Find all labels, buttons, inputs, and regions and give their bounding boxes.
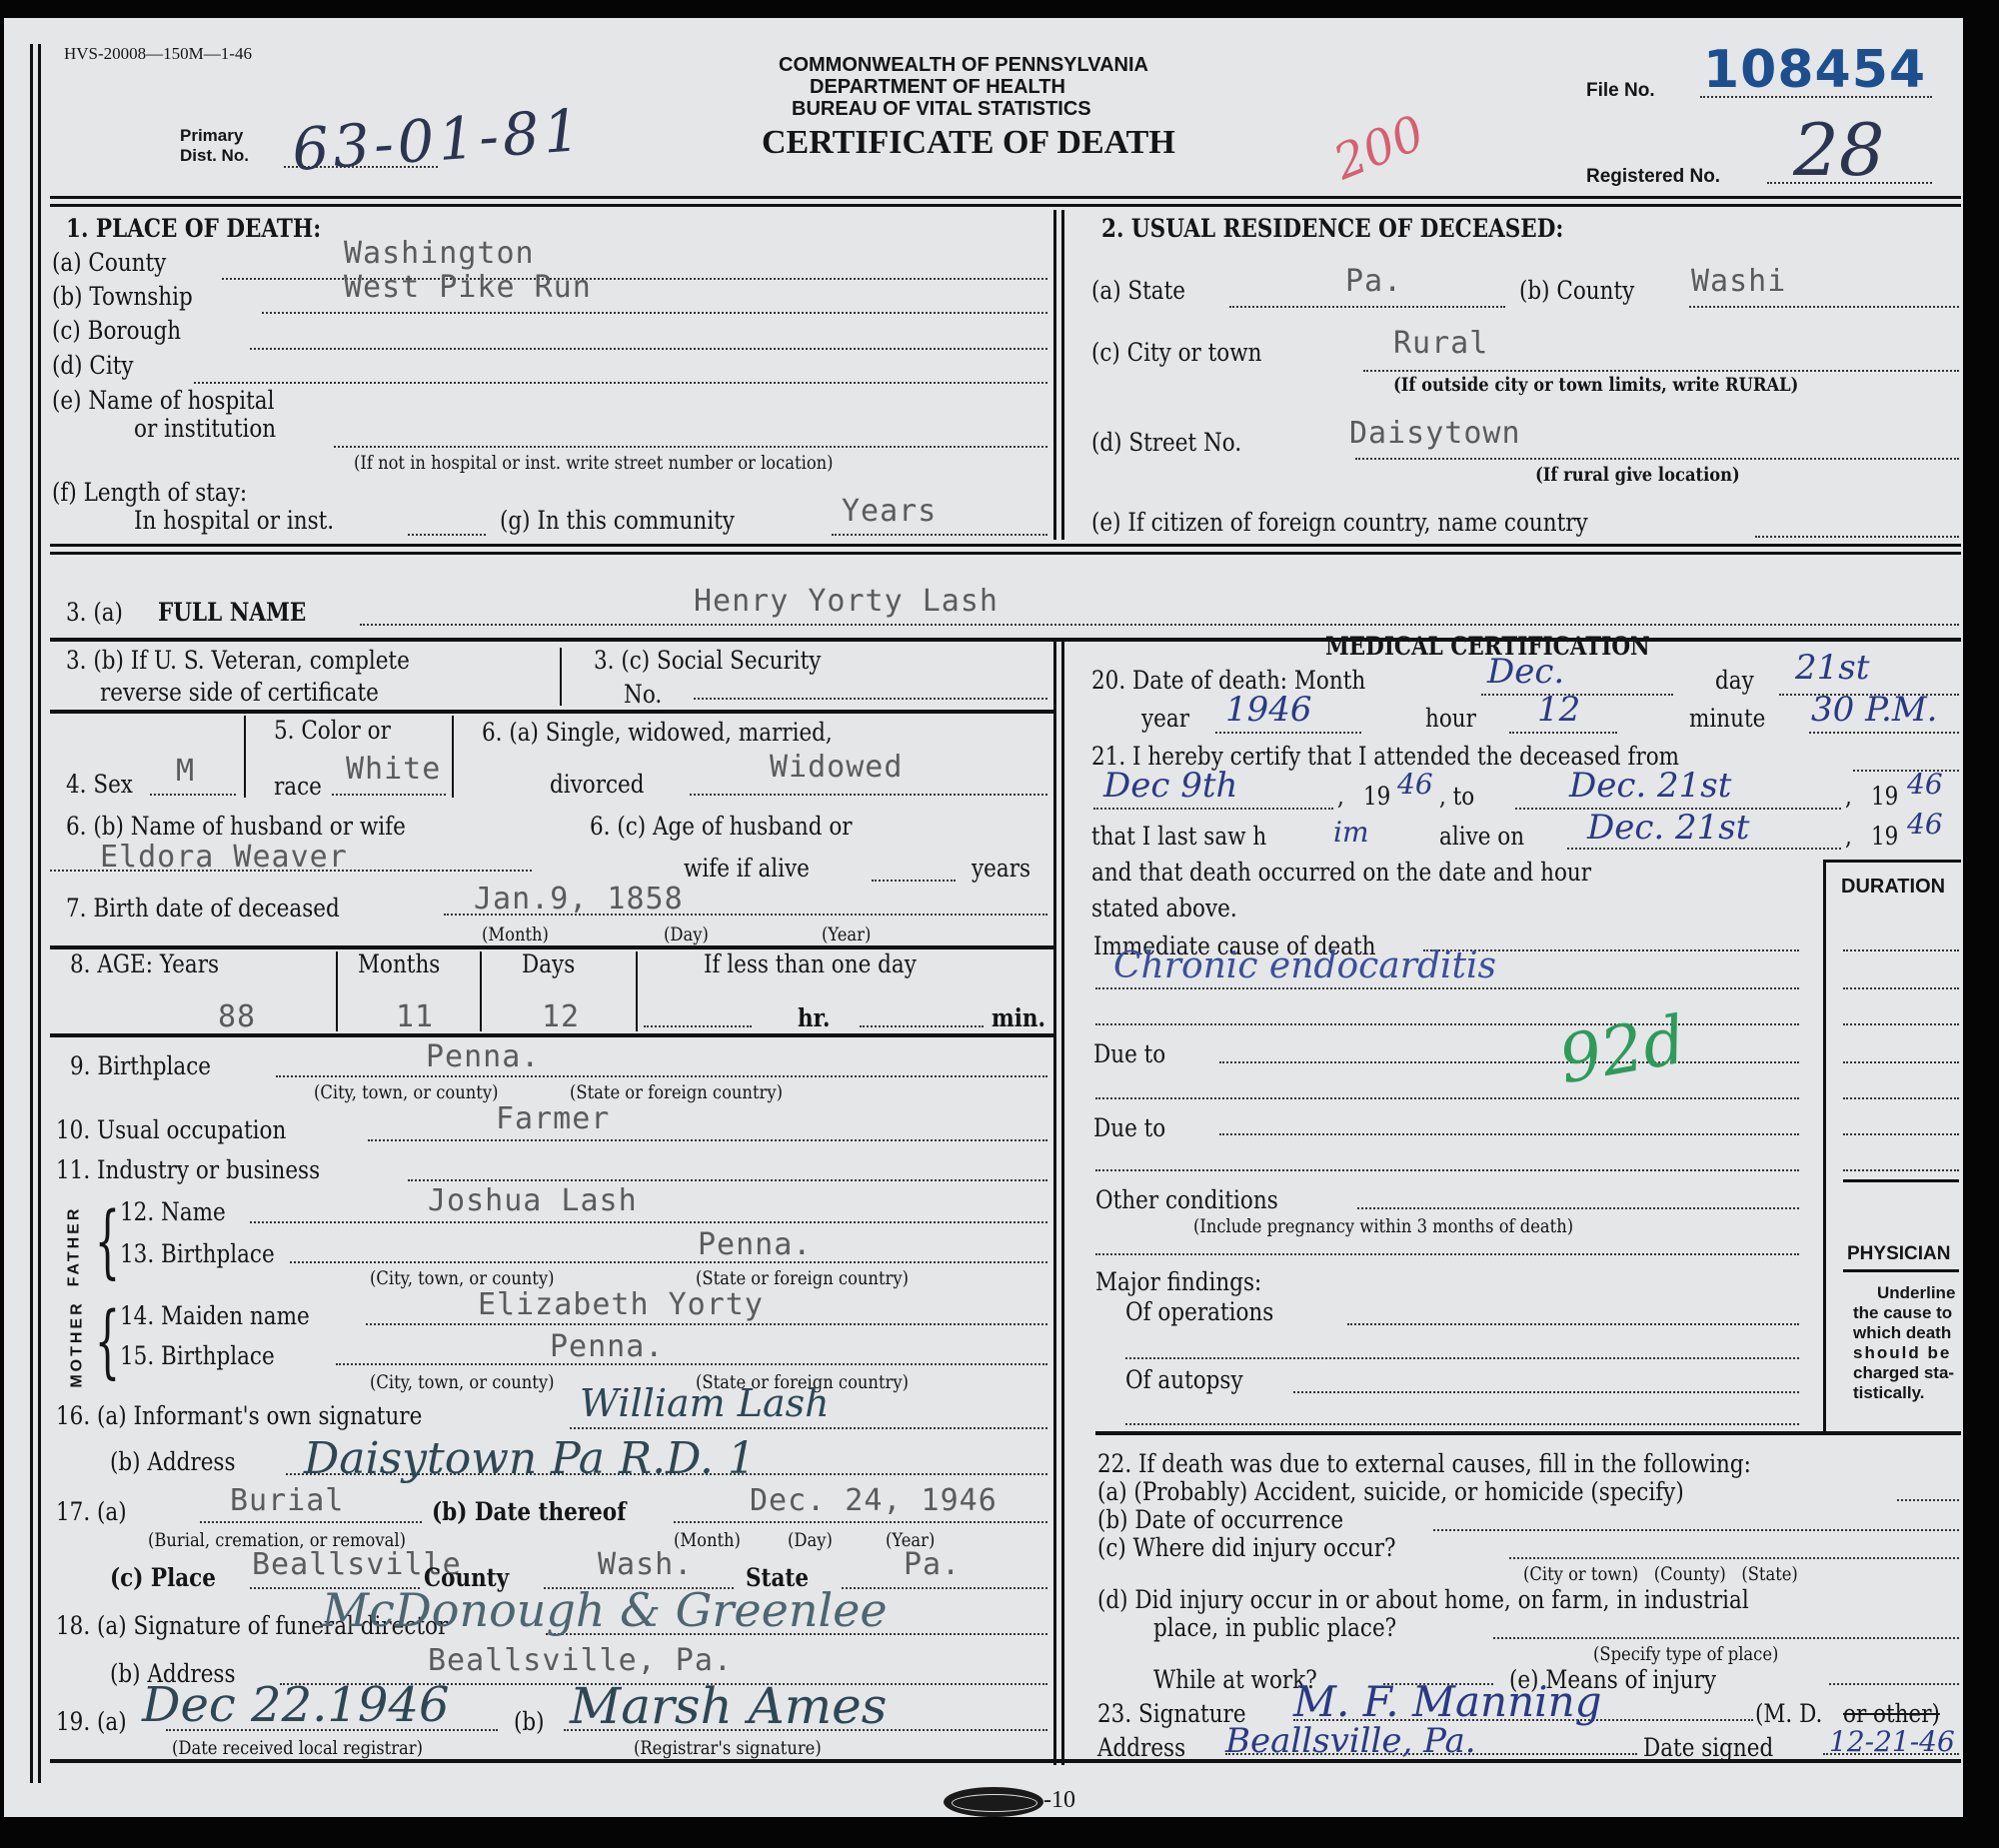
borough-line [250, 348, 1047, 350]
birth-note-year: (Year) [822, 924, 871, 945]
death-day-value: 21st [1795, 648, 1869, 688]
rule-after-place-2 [50, 552, 1961, 555]
director-value: McDonough & Greenlee [322, 1583, 888, 1637]
age-div-3 [636, 951, 638, 1031]
age-min-line [860, 1025, 984, 1027]
immediate-cause-value: Chronic endocarditis [1113, 945, 1496, 986]
section-divider-2 [1061, 210, 1064, 540]
external-e-line [1829, 1683, 1959, 1685]
burial-county-value: Wash. [598, 1547, 693, 1582]
attended-from-line [1093, 808, 1333, 810]
physician-note-1: Underline [1877, 1283, 1955, 1303]
header-rule-2 [50, 204, 1961, 207]
red-mark: 200 [1326, 105, 1432, 191]
father-name-line [250, 1221, 1047, 1223]
color-label-2: race [274, 772, 322, 801]
operations-label: Of operations [1125, 1297, 1273, 1326]
death-hour-label: hour [1425, 704, 1476, 733]
full-name-value: Henry Yorty Lash [694, 584, 999, 619]
external-b-label: (b) Date of occurrence [1097, 1505, 1343, 1534]
frame-left-outer [30, 44, 33, 1783]
duration-box-top [1823, 860, 1961, 863]
autopsy-label: Of autopsy [1125, 1365, 1243, 1394]
mother-maiden-line [366, 1323, 1047, 1325]
age-div-2 [480, 951, 482, 1031]
color-label-1: 5. Color or [274, 716, 391, 745]
physician-signature-value: M. F. Manning [1293, 1677, 1602, 1726]
birthplace-note-state: (State or foreign country) [570, 1081, 783, 1103]
immediate-line-3 [1095, 1023, 1799, 1025]
green-code: 92d [1553, 1001, 1691, 1099]
last-saw-prefix: 19 [1871, 822, 1898, 851]
mother-birthplace-value: Penna. [550, 1329, 664, 1364]
hospital-note: (If not in hospital or inst. write stree… [354, 452, 834, 474]
father-name-label: 12. Name [120, 1197, 226, 1226]
race-line [332, 794, 446, 796]
res-street-note: (If rural give location) [1535, 464, 1740, 486]
sex-line [150, 794, 236, 796]
other-conditions-line [1357, 1207, 1799, 1209]
death-year-line [1215, 732, 1361, 734]
due-to-line-2 [1219, 1133, 1799, 1135]
external-d-note: (Specify type of place) [1593, 1643, 1778, 1665]
burial-method-line [200, 1521, 422, 1523]
sex-value: M [176, 754, 195, 789]
full-name-line [360, 624, 1959, 626]
informant-signature-value: William Lash [580, 1381, 830, 1425]
agency-line-1: COMMONWEALTH OF PENNSYLVANIA [779, 54, 1148, 77]
md-label: (M. D. [1755, 1699, 1822, 1728]
external-c-note: (City or town) (County) (State) [1523, 1563, 1798, 1585]
main-divider-1 [1053, 642, 1056, 1765]
registrar-note-sig: (Registrar's signature) [634, 1737, 822, 1759]
hospital-label-1: (e) Name of hospital [52, 386, 274, 415]
occurred-line-1: and that death occurred on the date and … [1091, 858, 1591, 887]
death-hour-line [1509, 732, 1617, 734]
registered-no-value: 28 [1793, 108, 1885, 192]
death-minute-value: 30 P.M. [1811, 690, 1938, 730]
form-code: HVS-20008—150M—1-46 [64, 44, 252, 64]
alive-on-label: alive on [1439, 822, 1524, 851]
spouse-age-label-2: wife if alive [684, 854, 810, 883]
burial-date-line [674, 1521, 1047, 1523]
veteran-label-1: 3. (b) If U. S. Veteran, complete [66, 646, 410, 675]
burial-method-value: Burial [230, 1483, 344, 1518]
main-divider-2 [1061, 642, 1064, 1765]
informant-address-value: Daisytown Pa R.D. 1 [304, 1433, 756, 1484]
occupation-line [368, 1139, 1047, 1141]
physician-note-6: tistically. [1853, 1383, 1925, 1403]
ssn-label-1: 3. (c) Social Security [594, 646, 821, 675]
city-label: (d) City [52, 351, 133, 380]
veteran-divider [560, 648, 562, 706]
death-year-value: 1946 [1225, 690, 1312, 730]
res-county-label: (b) County [1519, 276, 1634, 305]
registrar-sig-value: Marsh Ames [570, 1677, 887, 1735]
death-month-value: Dec. [1487, 652, 1564, 692]
registrar-label-b: (b) [514, 1707, 545, 1736]
rule-after-veteran [50, 710, 1053, 714]
city-line [194, 382, 1047, 384]
external-b-line [1433, 1529, 1959, 1531]
father-side-label: FATHER [65, 1206, 83, 1287]
age-months-value: 11 [396, 999, 434, 1034]
burial-state-value: Pa. [904, 1547, 961, 1582]
father-note-city: (City, town, or county) [370, 1267, 554, 1289]
industry-line [408, 1179, 1047, 1181]
res-street-value: Daisytown [1349, 416, 1521, 451]
external-d-label-2: place, in public place? [1153, 1613, 1396, 1642]
birth-label: 7. Birth date of deceased [66, 894, 340, 923]
county-label: (a) County [52, 248, 166, 277]
death-hour-value: 12 [1537, 690, 1580, 730]
attended-to-value: Dec. 21st [1569, 766, 1731, 806]
burial-note-day: (Day) [788, 1529, 833, 1551]
death-minute-line [1809, 732, 1959, 734]
registrar-note-date: (Date received local registrar) [172, 1737, 423, 1759]
hospital-line [334, 446, 1047, 448]
marital-value: Widowed [770, 750, 903, 785]
age-years-label: 8. AGE: Years [70, 949, 219, 978]
res-state-line [1229, 306, 1505, 308]
mother-birthplace-line [336, 1363, 1047, 1365]
date-signed-label: Date signed [1643, 1733, 1773, 1762]
last-saw-label: that I last saw h [1091, 822, 1266, 851]
external-d-line [1493, 1637, 1959, 1639]
last-saw-comma: , [1845, 822, 1852, 851]
death-year-label: year [1141, 704, 1189, 733]
union-label-number: -10 [1043, 1787, 1075, 1814]
full-name-num: 3. (a) [66, 598, 123, 627]
father-name-value: Joshua Lash [428, 1183, 638, 1218]
age-hr-label: hr. [798, 1003, 830, 1032]
hospital-label-2: or institution [134, 414, 276, 443]
duration-label: DURATION [1841, 876, 1945, 899]
physician-address-label: Address [1097, 1733, 1185, 1762]
occurred-line-2: stated above. [1091, 894, 1237, 923]
informant-address-label: (b) Address [110, 1447, 236, 1476]
attended-to-prefix: 19 [1871, 782, 1898, 811]
due-to-label-2: Due to [1093, 1113, 1165, 1142]
attended-to-comma: , [1845, 782, 1852, 811]
informant-signature-line [570, 1427, 1047, 1429]
res-street-line [1355, 458, 1959, 460]
res-state-label: (a) State [1091, 276, 1185, 305]
birth-value: Jan.9, 1858 [474, 882, 684, 917]
date-signed-value: 12-21-46 [1829, 1725, 1955, 1758]
section-divider-1 [1053, 210, 1056, 540]
registrar-label-a: 19. (a) [56, 1707, 127, 1736]
borough-label: (c) Borough [52, 316, 181, 345]
rule-after-age [50, 1033, 1053, 1037]
other-conditions-note: (Include pregnancy within 3 months of de… [1193, 1215, 1573, 1237]
file-no-value: 108454 [1703, 40, 1926, 100]
union-label-icon [944, 1787, 1043, 1817]
res-city-line [1363, 370, 1959, 372]
father-birthplace-line [290, 1261, 1047, 1263]
rule-after-place [50, 544, 1961, 547]
full-name-label: FULL NAME [158, 598, 306, 627]
township-line [262, 312, 1047, 314]
burial-place-label: (c) Place [110, 1563, 216, 1592]
marital-label-2: divorced [550, 770, 645, 799]
age-lessday-label: If less than one day [704, 949, 917, 978]
registered-no-label: Registered No. [1586, 166, 1720, 188]
stay-community-label: (g) In this community [500, 506, 735, 535]
mother-maiden-value: Elizabeth Yorty [478, 1287, 764, 1322]
duration-line-3 [1843, 1023, 1959, 1025]
res-street-label: (d) Street No. [1091, 428, 1241, 457]
duration-line-6 [1843, 1133, 1959, 1135]
age-years-value: 88 [218, 999, 256, 1034]
res-state-value: Pa. [1345, 264, 1402, 299]
last-saw-year: 46 [1907, 808, 1943, 841]
file-no-label: File No. [1586, 80, 1655, 102]
operations-line [1347, 1323, 1799, 1325]
sex-divider [244, 716, 246, 798]
death-day-label: day [1715, 666, 1754, 695]
stay-community-line [832, 534, 1047, 536]
res-foreign-line [1755, 536, 1959, 538]
certify-from-line-top [1853, 770, 1959, 772]
birthplace-note-city: (City, town, or county) [314, 1081, 498, 1103]
attended-from-value: Dec 9th [1103, 766, 1237, 806]
stay-hospital-line [408, 534, 486, 536]
physician-note-2: the cause to [1853, 1303, 1952, 1323]
marital-label-1: 6. (a) Single, widowed, married, [482, 718, 833, 747]
length-of-stay-label: (f) Length of stay: [52, 478, 247, 507]
operations-line-2 [1125, 1357, 1799, 1359]
duration-rule [1843, 1179, 1959, 1182]
spouse-age-label-1: 6. (c) Age of husband or [590, 812, 853, 841]
informant-signature-label: 16. (a) Informant's own signature [56, 1401, 422, 1430]
physician-rule [1843, 1269, 1959, 1272]
race-divider [452, 716, 454, 798]
duration-line-5 [1843, 1097, 1959, 1099]
burial-date-label: (b) Date thereof [432, 1497, 626, 1526]
autopsy-line [1293, 1391, 1799, 1393]
birth-note-day: (Day) [664, 924, 709, 945]
spouse-value: Eldora Weaver [100, 840, 348, 875]
attended-to-year: 46 [1907, 768, 1943, 801]
attended-from-comma: , [1337, 782, 1344, 811]
sex-label: 4. Sex [66, 770, 133, 799]
age-div-1 [336, 951, 338, 1031]
place-of-death-heading: 1. PLACE OF DEATH: [66, 214, 321, 243]
external-d-label-1: (d) Did injury occur in or about home, o… [1097, 1585, 1749, 1614]
mother-maiden-label: 14. Maiden name [120, 1301, 310, 1330]
physician-note-3: which death [1853, 1323, 1951, 1343]
ssn-label-2: No. [624, 680, 662, 709]
age-days-label: Days [522, 949, 575, 978]
rule-before-external [1095, 1431, 1961, 1435]
other-conditions-line-2 [1095, 1253, 1799, 1255]
spouse-age-line [872, 880, 956, 882]
external-c-label: (c) Where did injury occur? [1097, 1533, 1396, 1562]
physician-address-value: Beallsville, Pa. [1225, 1721, 1476, 1761]
age-months-label: Months [358, 949, 440, 978]
attended-from-prefix: 19 [1363, 782, 1390, 811]
death-certificate: tions on back of certificate. HVS-20008—… [4, 18, 1963, 1817]
township-label: (b) Township [52, 282, 193, 311]
industry-label: 11. Industry or business [56, 1155, 320, 1184]
birthplace-value: Penna. [426, 1039, 540, 1074]
res-foreign-label: (e) If citizen of foreign country, name … [1091, 508, 1588, 537]
autopsy-line-2 [1125, 1423, 1799, 1425]
age-min-label: min. [992, 1003, 1045, 1032]
rule-after-name [50, 638, 1961, 642]
res-city-label: (c) City or town [1091, 338, 1261, 367]
agency-line-3: BUREAU OF VITAL STATISTICS [792, 98, 1091, 121]
age-hr-line [644, 1025, 752, 1027]
physician-note-5: charged sta- [1853, 1363, 1954, 1383]
attended-to-label: , to [1439, 782, 1474, 811]
marital-line [690, 794, 1047, 796]
mother-brace: { [95, 1301, 120, 1381]
other-label: or other) [1843, 1699, 1940, 1728]
father-birthplace-value: Penna. [698, 1227, 812, 1262]
external-c-line [1509, 1557, 1959, 1559]
due-to-line-1 [1219, 1061, 1799, 1063]
father-birthplace-label: 13. Birthplace [120, 1239, 275, 1268]
due-to-line-1b [1095, 1097, 1799, 1099]
agency-line-2: DEPARTMENT OF HEALTH [810, 76, 1065, 99]
county-value: Washington [344, 236, 535, 271]
duration-line-2 [1843, 987, 1959, 989]
spouse-age-unit: years [972, 854, 1030, 883]
primary-dist-label-1: Primary [180, 126, 243, 146]
mother-birthplace-label: 15. Birthplace [120, 1341, 275, 1370]
duration-box-left [1823, 860, 1826, 1431]
attended-from-year: 46 [1397, 768, 1433, 801]
frame-left-inner [38, 44, 41, 1783]
external-a-line [1897, 1499, 1959, 1501]
father-note-state: (State or foreign country) [696, 1267, 909, 1289]
last-saw-pronoun: im [1333, 816, 1369, 849]
residence-heading: 2. USUAL RESIDENCE OF DECEASED: [1101, 214, 1563, 243]
res-city-value: Rural [1393, 326, 1488, 361]
director-address-value: Beallsville, Pa. [428, 1643, 733, 1678]
occupation-value: Farmer [496, 1101, 610, 1136]
veteran-label-2: reverse side of certificate [100, 678, 379, 707]
death-minute-label: minute [1689, 704, 1765, 733]
external-a-label: (a) (Probably) Accident, suicide, or hom… [1097, 1477, 1684, 1506]
stay-hospital-label: In hospital or inst. [134, 506, 334, 535]
birthplace-line [276, 1075, 1047, 1077]
stay-community-value: Years [842, 494, 937, 529]
birth-note-month: (Month) [482, 924, 549, 945]
registrar-date-value: Dec 22.1946 [142, 1677, 450, 1733]
due-to-line-2b [1095, 1169, 1799, 1171]
certificate-title: CERTIFICATE OF DEATH [762, 124, 1175, 162]
mother-side-label: MOTHER [69, 1300, 87, 1387]
duration-line-4 [1843, 1061, 1959, 1063]
res-county-value: Washi [1691, 264, 1786, 299]
ssn-line [694, 698, 1047, 700]
physician-signature-label: 23. Signature [1097, 1699, 1246, 1728]
occupation-label: 10. Usual occupation [56, 1115, 286, 1144]
burial-date-value: Dec. 24, 1946 [750, 1483, 998, 1518]
external-heading: 22. If death was due to external causes,… [1097, 1449, 1751, 1478]
race-value: White [346, 752, 441, 787]
township-value: West Pike Run [344, 270, 592, 305]
duration-line-7 [1843, 1169, 1959, 1171]
duration-line-1 [1843, 949, 1959, 951]
major-findings-label: Major findings: [1095, 1267, 1261, 1296]
header-rule-1 [50, 196, 1961, 199]
other-conditions-label: Other conditions [1095, 1185, 1278, 1214]
age-days-value: 12 [542, 999, 580, 1034]
spouse-label: 6. (b) Name of husband or wife [66, 812, 406, 841]
due-to-label-1: Due to [1093, 1039, 1165, 1068]
primary-dist-label-2: Dist. No. [180, 146, 249, 166]
physician-label: PHYSICIAN [1847, 1243, 1950, 1265]
immediate-line-2 [1095, 987, 1799, 989]
last-saw-date: Dec. 21st [1587, 808, 1749, 848]
last-saw-line [1567, 848, 1841, 850]
physician-note-4: should be [1853, 1343, 1951, 1363]
burial-label-a: 17. (a) [56, 1497, 127, 1526]
res-county-line [1689, 306, 1959, 308]
birthplace-label: 9. Birthplace [70, 1051, 211, 1080]
res-city-note: (If outside city or town limits, write R… [1393, 374, 1798, 396]
father-brace: { [95, 1201, 120, 1281]
primary-dist-value: 63-01-81 [290, 96, 587, 184]
mother-note-city: (City, town, or county) [370, 1371, 554, 1393]
